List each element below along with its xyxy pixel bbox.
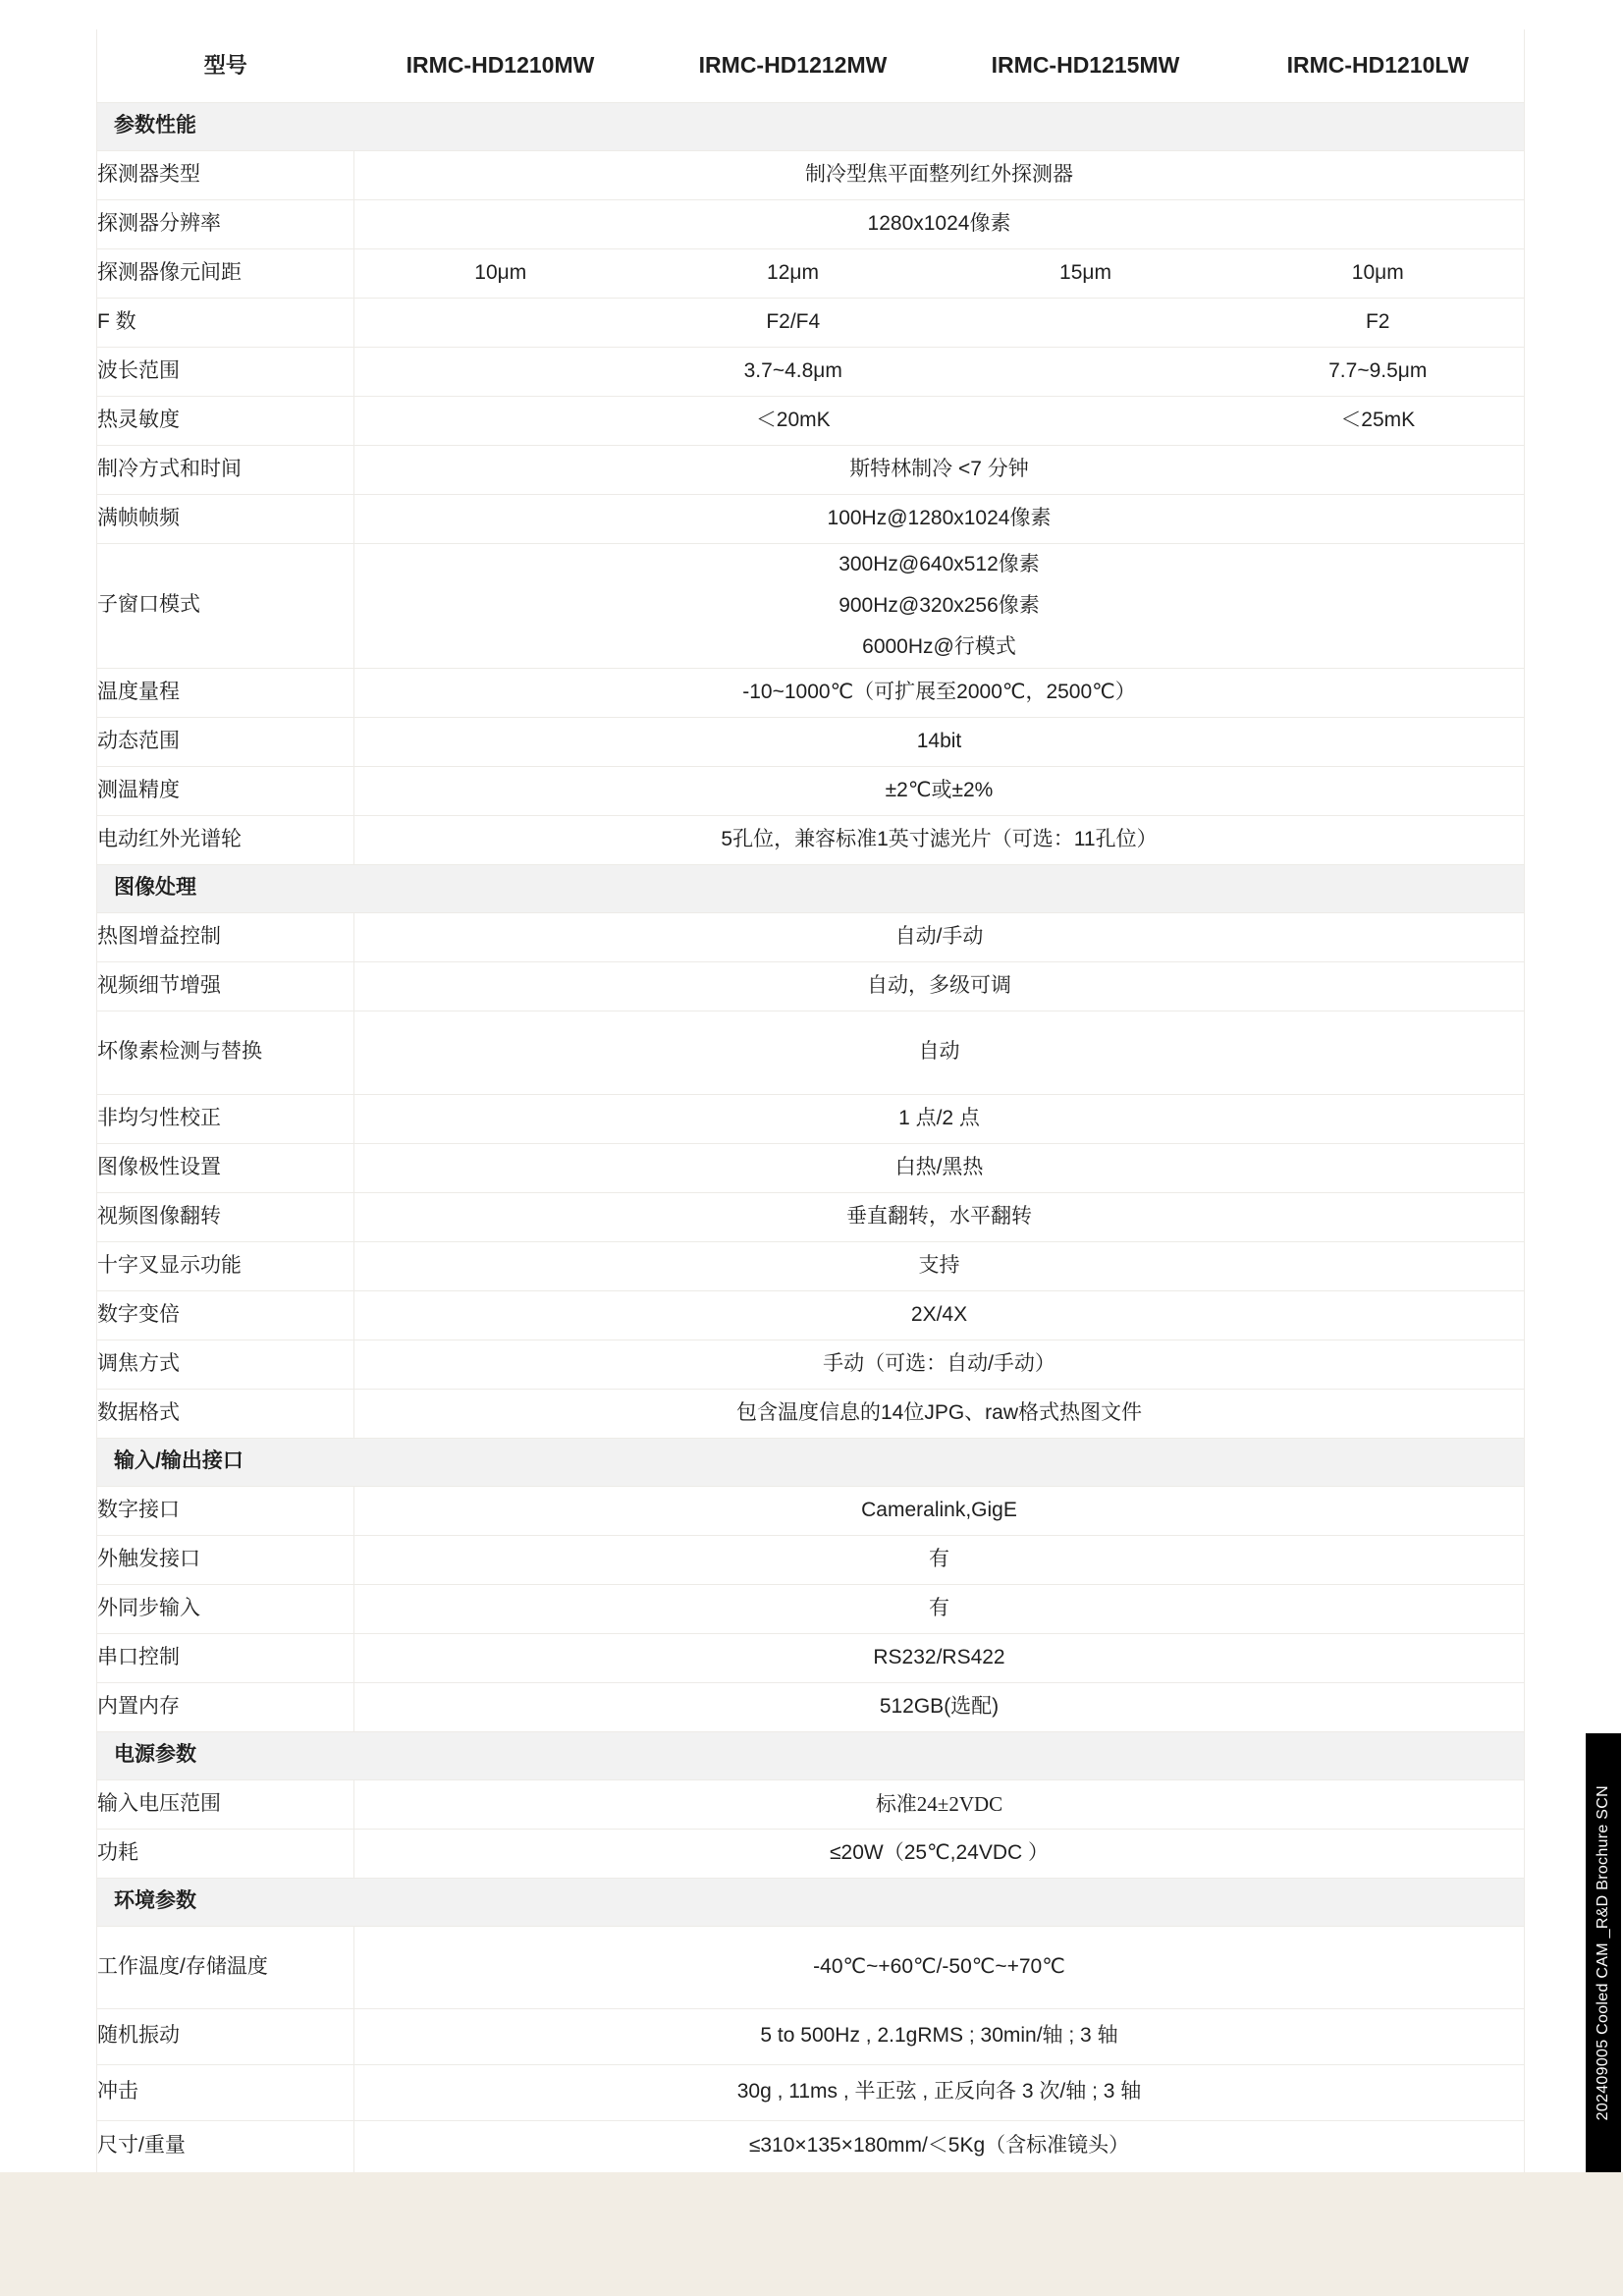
spec-row: 功耗 ≤20W（25℃,24VDC ） <box>97 1829 1525 1878</box>
spec-label: 工作温度/存储温度 <box>97 1926 354 2008</box>
spec-label: 数据格式 <box>97 1389 354 1438</box>
spec-label: 冲击 <box>97 2064 354 2120</box>
spec-value: Cameralink,GigE <box>354 1486 1525 1535</box>
spec-value: ±2℃或±2% <box>354 766 1525 815</box>
section-title: 电源参数 <box>97 1731 1525 1779</box>
spec-row: F 数 F2/F4 F2 <box>97 298 1525 347</box>
spec-value: F2/F4 <box>354 298 1232 347</box>
spec-row: 热图增益控制 自动/手动 <box>97 912 1525 961</box>
spec-value: 7.7~9.5μm <box>1232 347 1525 396</box>
spec-label: 温度量程 <box>97 668 354 717</box>
spec-row: 工作温度/存储温度 -40℃~+60℃/-50℃~+70℃ <box>97 1926 1525 2008</box>
spec-value: 12μm <box>647 248 940 298</box>
spec-row: 图像极性设置 白热/黑热 <box>97 1143 1525 1192</box>
spec-label: 动态范围 <box>97 717 354 766</box>
spec-row: 串口控制 RS232/RS422 <box>97 1633 1525 1682</box>
spec-row: 子窗口模式 300Hz@640x512像素 900Hz@320x256像素 60… <box>97 543 1525 668</box>
spec-value: 标准24±2VDC <box>354 1779 1525 1829</box>
spec-label: F 数 <box>97 298 354 347</box>
spec-row: 坏像素检测与替换 自动 <box>97 1011 1525 1094</box>
model-column-header: IRMC-HD1212MW <box>647 29 940 102</box>
spec-label: 外触发接口 <box>97 1535 354 1584</box>
spec-row: 冲击 30g , 11ms , 半正弦 , 正反向各 3 次/轴 ; 3 轴 <box>97 2064 1525 2120</box>
spec-label: 串口控制 <box>97 1633 354 1682</box>
spec-value: 斯特林制冷 <7 分钟 <box>354 445 1525 494</box>
section-title: 环境参数 <box>97 1878 1525 1926</box>
spec-value: 手动（可选：自动/手动） <box>354 1339 1525 1389</box>
spec-row: 调焦方式 手动（可选：自动/手动） <box>97 1339 1525 1389</box>
spec-label: 功耗 <box>97 1829 354 1878</box>
spec-row: 视频图像翻转 垂直翻转，水平翻转 <box>97 1192 1525 1241</box>
spec-label: 尺寸/重量 <box>97 2120 354 2172</box>
spec-label: 图像极性设置 <box>97 1143 354 1192</box>
spec-value: ＜20mK <box>354 396 1232 445</box>
spec-value: 14bit <box>354 717 1525 766</box>
spec-row: 数字变倍 2X/4X <box>97 1290 1525 1339</box>
spec-label: 输入电压范围 <box>97 1779 354 1829</box>
footer-band <box>0 2172 1623 2296</box>
spec-value: 3.7~4.8μm <box>354 347 1232 396</box>
spec-row: 测温精度 ±2℃或±2% <box>97 766 1525 815</box>
side-tag-text: 202409005 Cooled CAM _R&D Brochure SCN <box>1595 1785 1612 2120</box>
spec-row: 非均匀性校正 1 点/2 点 <box>97 1094 1525 1143</box>
spec-value-line: 300Hz@640x512像素 <box>354 544 1524 585</box>
model-column-header: IRMC-HD1215MW <box>940 29 1232 102</box>
spec-value: 512GB(选配) <box>354 1682 1525 1731</box>
spec-row: 满帧帧频 100Hz@1280x1024像素 <box>97 494 1525 543</box>
spec-label: 探测器像元间距 <box>97 248 354 298</box>
spec-label: 随机振动 <box>97 2008 354 2064</box>
brochure-page: 型号 IRMC-HD1210MW IRMC-HD1212MW IRMC-HD12… <box>0 0 1623 2296</box>
spec-label: 电动红外光谱轮 <box>97 815 354 864</box>
section-header-row: 电源参数 <box>97 1731 1525 1779</box>
spec-value: 10μm <box>354 248 647 298</box>
spec-value: 自动 <box>354 1011 1525 1094</box>
spec-label: 数字接口 <box>97 1486 354 1535</box>
spec-label: 外同步输入 <box>97 1584 354 1633</box>
spec-label: 非均匀性校正 <box>97 1094 354 1143</box>
spec-label: 内置内存 <box>97 1682 354 1731</box>
spec-row: 制冷方式和时间 斯特林制冷 <7 分钟 <box>97 445 1525 494</box>
spec-value: 白热/黑热 <box>354 1143 1525 1192</box>
spec-value: RS232/RS422 <box>354 1633 1525 1682</box>
spec-value-line: 900Hz@320x256像素 <box>354 585 1524 627</box>
spec-value-line: 6000Hz@行模式 <box>354 627 1524 668</box>
side-tag: 202409005 Cooled CAM _R&D Brochure SCN <box>1586 1733 1621 2172</box>
spec-value: -40℃~+60℃/-50℃~+70℃ <box>354 1926 1525 2008</box>
spec-label: 十字叉显示功能 <box>97 1241 354 1290</box>
spec-row: 探测器像元间距 10μm 12μm 15μm 10μm <box>97 248 1525 298</box>
spec-value: 自动，多级可调 <box>354 961 1525 1011</box>
spec-row: 随机振动 5 to 500Hz , 2.1gRMS ; 30min/轴 ; 3 … <box>97 2008 1525 2064</box>
spec-label: 坏像素检测与替换 <box>97 1011 354 1094</box>
section-title: 图像处理 <box>97 864 1525 912</box>
spec-value: 100Hz@1280x1024像素 <box>354 494 1525 543</box>
spec-row: 尺寸/重量 ≤310×135×180mm/＜5Kg（含标准镜头） <box>97 2120 1525 2172</box>
spec-row: 温度量程 -10~1000℃（可扩展至2000℃，2500℃） <box>97 668 1525 717</box>
section-header-row: 参数性能 <box>97 102 1525 150</box>
spec-row: 内置内存 512GB(选配) <box>97 1682 1525 1731</box>
model-column-header: IRMC-HD1210MW <box>354 29 647 102</box>
spec-value: 1280x1024像素 <box>354 199 1525 248</box>
section-header-row: 图像处理 <box>97 864 1525 912</box>
spec-row: 外同步输入 有 <box>97 1584 1525 1633</box>
spec-value: 有 <box>354 1535 1525 1584</box>
model-header-row: 型号 IRMC-HD1210MW IRMC-HD1212MW IRMC-HD12… <box>97 29 1525 102</box>
spec-label: 调焦方式 <box>97 1339 354 1389</box>
spec-value: 15μm <box>940 248 1232 298</box>
spec-label: 热灵敏度 <box>97 396 354 445</box>
spec-value: 自动/手动 <box>354 912 1525 961</box>
spec-value: 10μm <box>1232 248 1525 298</box>
spec-value: 垂直翻转，水平翻转 <box>354 1192 1525 1241</box>
section-header-row: 输入/输出接口 <box>97 1438 1525 1486</box>
spec-value: 5孔位，兼容标准1英寸滤光片（可选：11孔位） <box>354 815 1525 864</box>
spec-value: ＜25mK <box>1232 396 1525 445</box>
spec-value: 制冷型焦平面整列红外探测器 <box>354 150 1525 199</box>
spec-label: 视频细节增强 <box>97 961 354 1011</box>
spec-row: 十字叉显示功能 支持 <box>97 1241 1525 1290</box>
spec-label: 测温精度 <box>97 766 354 815</box>
spec-row: 数据格式 包含温度信息的14位JPG、raw格式热图文件 <box>97 1389 1525 1438</box>
section-title: 输入/输出接口 <box>97 1438 1525 1486</box>
spec-row: 探测器分辨率 1280x1024像素 <box>97 199 1525 248</box>
spec-value: 有 <box>354 1584 1525 1633</box>
spec-label: 探测器类型 <box>97 150 354 199</box>
spec-row: 视频细节增强 自动，多级可调 <box>97 961 1525 1011</box>
spec-row: 探测器类型 制冷型焦平面整列红外探测器 <box>97 150 1525 199</box>
spec-label: 波长范围 <box>97 347 354 396</box>
spec-row: 热灵敏度 ＜20mK ＜25mK <box>97 396 1525 445</box>
spec-value: -10~1000℃（可扩展至2000℃，2500℃） <box>354 668 1525 717</box>
spec-row: 电动红外光谱轮 5孔位，兼容标准1英寸滤光片（可选：11孔位） <box>97 815 1525 864</box>
spec-label: 探测器分辨率 <box>97 199 354 248</box>
spec-row: 数字接口 Cameralink,GigE <box>97 1486 1525 1535</box>
spec-label: 热图增益控制 <box>97 912 354 961</box>
spec-table: 型号 IRMC-HD1210MW IRMC-HD1212MW IRMC-HD12… <box>96 29 1525 2173</box>
spec-label: 制冷方式和时间 <box>97 445 354 494</box>
spec-value: ≤20W（25℃,24VDC ） <box>354 1829 1525 1878</box>
spec-value: 支持 <box>354 1241 1525 1290</box>
spec-label: 满帧帧频 <box>97 494 354 543</box>
model-column-header: IRMC-HD1210LW <box>1232 29 1525 102</box>
spec-label: 子窗口模式 <box>97 543 354 668</box>
spec-value: 5 to 500Hz , 2.1gRMS ; 30min/轴 ; 3 轴 <box>354 2008 1525 2064</box>
spec-value: 30g , 11ms , 半正弦 , 正反向各 3 次/轴 ; 3 轴 <box>354 2064 1525 2120</box>
spec-value: 2X/4X <box>354 1290 1525 1339</box>
model-label: 型号 <box>97 29 354 102</box>
sub-window-lines: 300Hz@640x512像素 900Hz@320x256像素 6000Hz@行… <box>354 543 1525 668</box>
spec-value: 包含温度信息的14位JPG、raw格式热图文件 <box>354 1389 1525 1438</box>
spec-row: 波长范围 3.7~4.8μm 7.7~9.5μm <box>97 347 1525 396</box>
spec-label: 视频图像翻转 <box>97 1192 354 1241</box>
section-header-row: 环境参数 <box>97 1878 1525 1926</box>
spec-row: 输入电压范围 标准24±2VDC <box>97 1779 1525 1829</box>
spec-label: 数字变倍 <box>97 1290 354 1339</box>
spec-value: 1 点/2 点 <box>354 1094 1525 1143</box>
spec-row: 外触发接口 有 <box>97 1535 1525 1584</box>
section-title: 参数性能 <box>97 102 1525 150</box>
spec-value: F2 <box>1232 298 1525 347</box>
spec-value: ≤310×135×180mm/＜5Kg（含标准镜头） <box>354 2120 1525 2172</box>
spec-row: 动态范围 14bit <box>97 717 1525 766</box>
